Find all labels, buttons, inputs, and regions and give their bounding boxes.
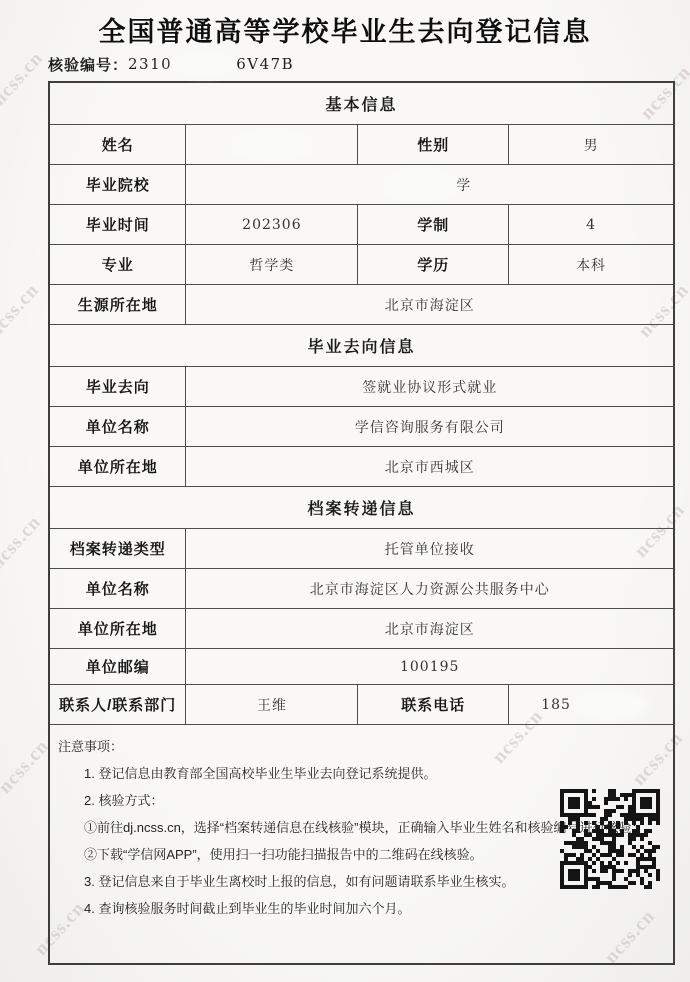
- redaction-blur: [579, 695, 641, 715]
- origin-value: 北京市海淀区: [186, 285, 673, 324]
- school-value: 学: [186, 165, 673, 204]
- major-value: 哲学类: [186, 245, 358, 284]
- phone-visible-text: 185: [541, 697, 571, 713]
- major-label: 专业: [50, 245, 186, 284]
- table-row: 单位邮编 100195: [50, 649, 673, 685]
- section-title: 基本信息: [325, 92, 397, 115]
- table-row: 联系人/联系部门 王维 联系电话 185: [50, 685, 673, 725]
- postcode-value: 100195: [186, 649, 673, 684]
- destination-value: 签就业协议形式就业: [186, 367, 673, 406]
- table-row: 单位名称 北京市海淀区人力资源公共服务中心: [50, 569, 673, 609]
- table-row: 毕业院校 学: [50, 165, 673, 205]
- unit-name-value: 北京市海淀区人力资源公共服务中心: [186, 569, 673, 608]
- table-row: 单位所在地 北京市海淀区: [50, 609, 673, 649]
- section-header-archive-info: 档案转递信息: [50, 487, 673, 529]
- table-row: 姓名 性别 男: [50, 125, 673, 165]
- degree-label: 学历: [358, 245, 509, 284]
- table-row: 毕业时间 202306 学制 4: [50, 205, 673, 245]
- employer-name-value: 学信咨询服务有限公司: [186, 407, 673, 446]
- gender-label: 性别: [358, 125, 509, 164]
- grad-time-label: 毕业时间: [50, 205, 186, 244]
- postcode-label: 单位邮编: [50, 649, 186, 684]
- contact-label: 联系人/联系部门: [50, 685, 186, 724]
- section-header-destination-info: 毕业去向信息: [50, 325, 673, 367]
- registration-table: 基本信息 姓名 性别 男 毕业院校 学 毕业时间 202306 学制 4: [48, 81, 675, 965]
- section-title: 档案转递信息: [307, 496, 415, 519]
- school-label: 毕业院校: [50, 165, 186, 204]
- duration-label: 学制: [358, 205, 509, 244]
- verification-number-suffix: 6V47B: [236, 55, 294, 73]
- destination-label: 毕业去向: [50, 367, 186, 406]
- unit-name-label: 单位名称: [50, 569, 186, 608]
- notes-section: 注意事项： 1. 登记信息由教育部全国高校毕业生毕业去向登记系统提供。 2. 核…: [50, 725, 673, 963]
- employer-location-value: 北京市西城区: [186, 447, 673, 486]
- name-label: 姓名: [50, 125, 186, 164]
- unit-location-label: 单位所在地: [50, 609, 186, 648]
- grad-time-value: 202306: [186, 205, 358, 244]
- table-row: 专业 哲学类 学历 本科: [50, 245, 673, 285]
- transfer-type-value: 托管单位接收: [186, 529, 673, 568]
- table-row: 单位所在地 北京市西城区: [50, 447, 673, 487]
- table-row: 生源所在地 北京市海淀区: [50, 285, 673, 325]
- note-item-1: 1. 登记信息由教育部全国高校毕业生毕业去向登记系统提供。: [58, 760, 663, 787]
- notes-title: 注意事项：: [58, 733, 663, 760]
- phone-value: 185: [509, 685, 673, 724]
- verification-number-line: 核验编号： 2310 6V47B: [48, 53, 690, 75]
- verification-number-label: 核验编号：: [48, 54, 128, 75]
- redaction-blur: [236, 134, 308, 156]
- table-row: 档案转递类型 托管单位接收: [50, 529, 673, 569]
- gender-value: 男: [509, 125, 673, 164]
- verification-number-prefix: 2310: [128, 55, 172, 73]
- contact-value: 王维: [186, 685, 358, 724]
- phone-label: 联系电话: [358, 685, 509, 724]
- degree-value: 本科: [509, 245, 673, 284]
- verification-qr-code: [560, 789, 660, 889]
- redaction-blur: [388, 172, 452, 198]
- employer-name-label: 单位名称: [50, 407, 186, 446]
- section-header-basic-info: 基本信息: [50, 83, 673, 125]
- name-value: [186, 125, 358, 164]
- document-page: ncss.cn ncss.cn ncss.cn ncss.cn ncss.cn …: [0, 0, 690, 982]
- page-title: 全国普通高等学校毕业生去向登记信息: [0, 10, 690, 49]
- origin-label: 生源所在地: [50, 285, 186, 324]
- transfer-type-label: 档案转递类型: [50, 529, 186, 568]
- verification-number-value: 2310 6V47B: [128, 55, 294, 73]
- employer-location-label: 单位所在地: [50, 447, 186, 486]
- note-item-4: 4. 查询核验服务时间截止到毕业生的毕业时间加六个月。: [58, 895, 663, 922]
- school-visible-text: 学: [456, 175, 471, 195]
- section-title: 毕业去向信息: [307, 334, 415, 357]
- table-row: 毕业去向 签就业协议形式就业: [50, 367, 673, 407]
- duration-value: 4: [509, 205, 673, 244]
- unit-location-value: 北京市海淀区: [186, 609, 673, 648]
- table-row: 单位名称 学信咨询服务有限公司: [50, 407, 673, 447]
- redaction-blur: [178, 57, 230, 71]
